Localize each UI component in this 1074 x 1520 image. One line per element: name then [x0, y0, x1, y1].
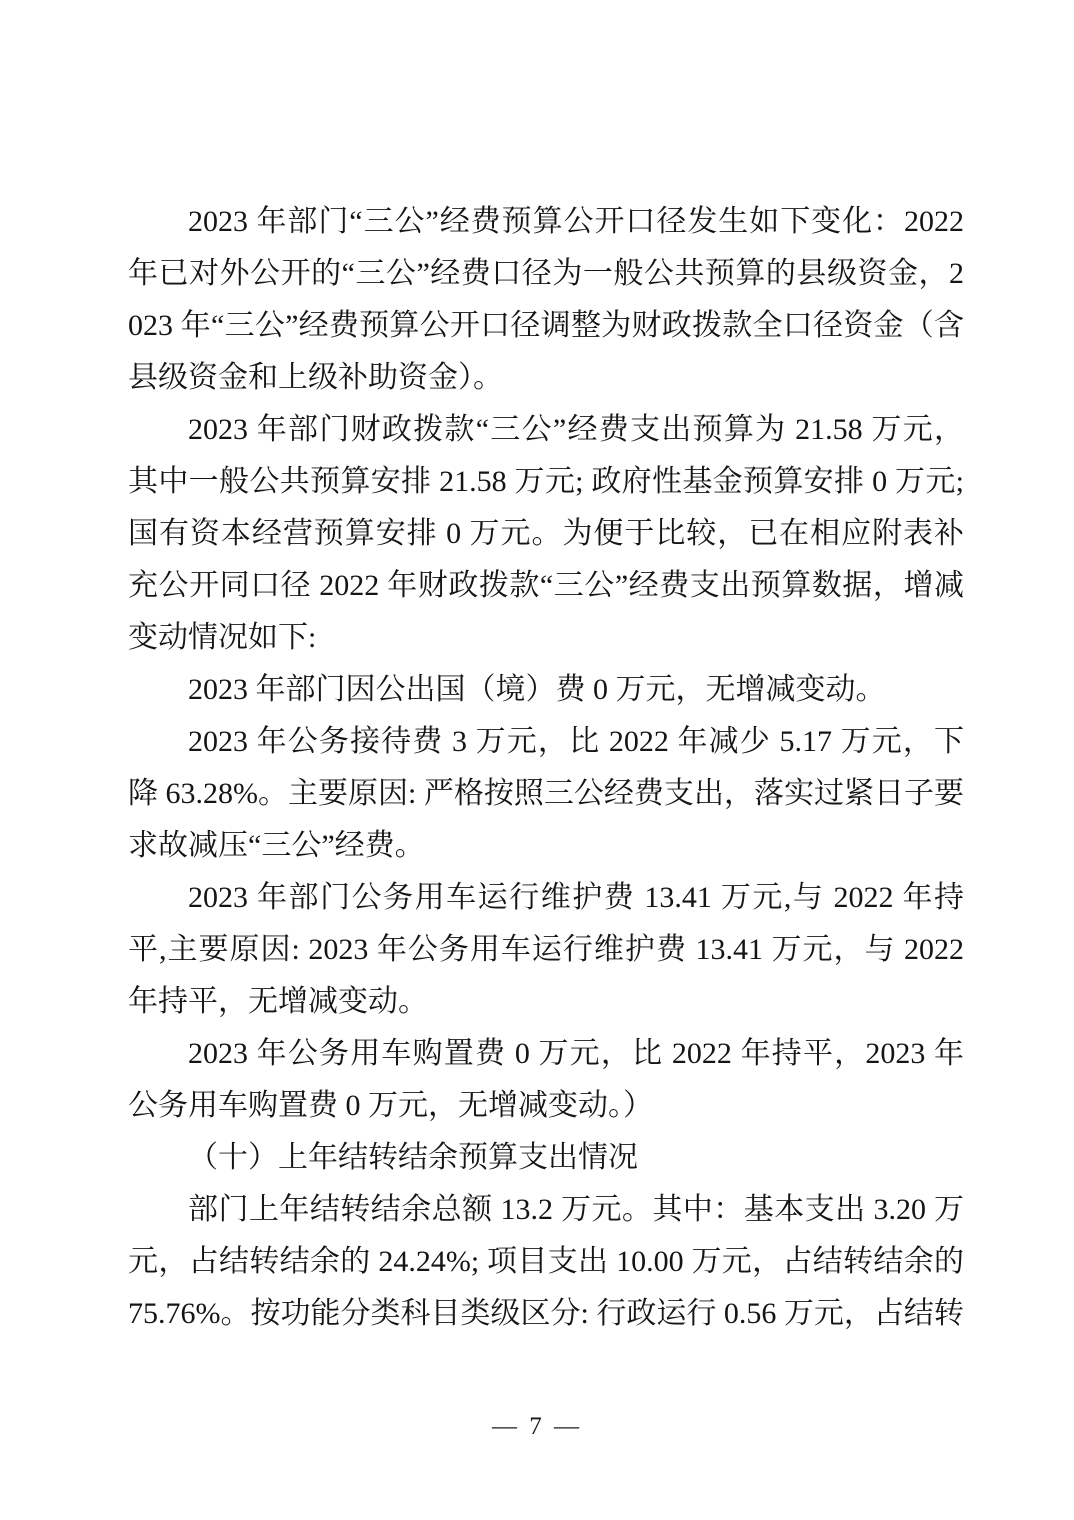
- paragraph: 2023 年部门“三公”经费预算公开口径发生如下变化：2022 年已对外公开的“…: [128, 196, 964, 404]
- page-number: — 7 —: [0, 1410, 1074, 1444]
- paragraph: 2023 年部门财政拨款“三公”经费支出预算为 21.58 万元，其中一般公共预…: [128, 404, 964, 664]
- paragraph: 2023 年部门因公出国（境）费 0 万元，无增减变动。: [128, 664, 964, 716]
- paragraph: 部门上年结转结余总额 13.2 万元。其中：基本支出 3.20 万元，占结转结余…: [128, 1184, 964, 1340]
- section-heading: （十）上年结转结余预算支出情况: [128, 1132, 964, 1184]
- paragraph: 2023 年公务用车购置费 0 万元，比 2022 年持平，2023 年公务用车…: [128, 1028, 964, 1132]
- paragraph: 2023 年部门公务用车运行维护费 13.41 万元,与 2022 年持平,主要…: [128, 872, 964, 1028]
- document-body: 2023 年部门“三公”经费预算公开口径发生如下变化：2022 年已对外公开的“…: [128, 196, 964, 1340]
- paragraph: 2023 年公务接待费 3 万元，比 2022 年减少 5.17 万元，下降 6…: [128, 716, 964, 872]
- document-page: 2023 年部门“三公”经费预算公开口径发生如下变化：2022 年已对外公开的“…: [0, 0, 1074, 1520]
